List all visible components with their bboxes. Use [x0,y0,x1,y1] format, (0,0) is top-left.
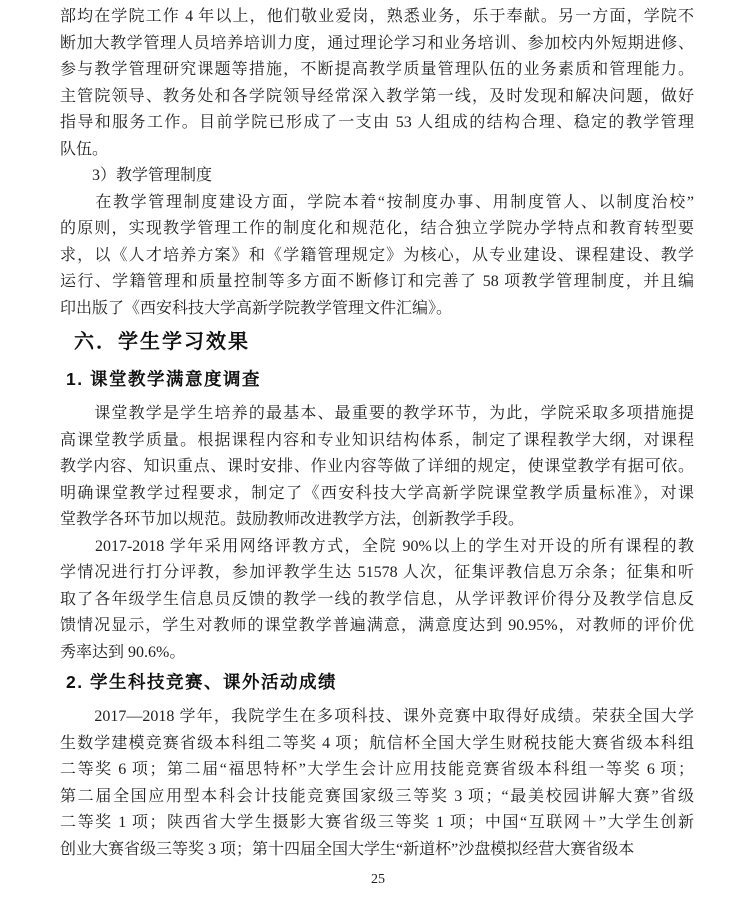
text-line: 在教学管理制度建设方面，学院本着“按制度办事、用制度管人、以制度治校” [60,190,694,217]
text-line: 断加大教学管理人员培养培训力度，通过理论学习和业务培训、参加校内外短期进修、 [60,31,694,58]
text-line: 队伍。 [60,137,694,164]
text-line: 课堂教学是学生培养的最基本、最重要的教学环节，为此，学院采取多项措施提 [60,401,694,428]
text-line: 二等奖 6 项；第二届“福思特杯”大学生会计应用技能竞赛省级本科组一等奖 6 项… [60,757,694,784]
section-heading: 六．学生学习效果 [60,328,694,356]
text-line: 指导和服务工作。目前学院已形成了一支由 53 人组成的结构合理、稳定的教学管理 [60,110,694,137]
document-page: 部均在学院工作 4 年以上，他们敬业爱岗，熟悉业务，乐于奉献。另一方面，学院不 … [0,0,756,898]
text-line: 的原则，实现教学管理工作的制度化和规范化，结合独立学院办学特点和教育转型要 [60,216,694,243]
text-line: 3）教学管理制度 [60,163,694,190]
text-line: 高课堂教学质量。根据课程内容和专业知识结构体系，制定了课程教学大纲，对课程 [60,428,694,455]
text-line: 求，以《人才培养方案》和《学籍管理规定》为核心，从专业建设、课程建设、教学 [60,243,694,270]
text-line: 堂教学各环节加以规范。鼓励教师改进教学方法，创新教学手段。 [60,507,694,534]
paragraph: 在教学管理制度建设方面，学院本着“按制度办事、用制度管人、以制度治校” 的原则，… [60,190,694,323]
text-line: 主管院领导、教务处和各学院领导经常深入教学第一线，及时发现和解决问题，做好 [60,84,694,111]
text-line: 生数学建模竞赛省级本科组二等奖 4 项；航信杯全国大学生财税技能大赛省级本科组 [60,731,694,758]
paragraph: 3）教学管理制度 [60,163,694,190]
text-line: 第二届全国应用型本科会计技能竞赛国家级三等奖 3 项；“最美校园讲解大赛”省级 [60,784,694,811]
subsection-heading: 1. 课堂教学满意度调查 [60,366,694,392]
text-line: 明确课堂教学过程要求，制定了《西安科技大学高新学院课堂教学质量标准》，对课 [60,481,694,508]
document-body: 部均在学院工作 4 年以上，他们敬业爱岗，熟悉业务，乐于奉献。另一方面，学院不 … [0,0,756,863]
text-line: 学情况进行打分评教，参加评教学生达 51578 人次，征集评教信息万余条；征集和… [60,560,694,587]
text-line: 教学内容、知识重点、课时安排、作业内容等做了详细的规定，使课堂教学有据可依。 [60,454,694,481]
text-line: 2017—2018 学年，我院学生在多项科技、课外竞赛中取得好成绩。荣获全国大学 [60,704,694,731]
paragraph: 部均在学院工作 4 年以上，他们敬业爱岗，熟悉业务，乐于奉献。另一方面，学院不 … [60,4,694,163]
page-number: 25 [0,872,756,888]
text-line: 二等奖 1 项；陕西省大学生摄影大赛省级三等奖 1 项；中国“互联网＋”大学生创… [60,810,694,837]
paragraph: 2017-2018 学年采用网络评教方式，全院 90%以上的学生对开设的所有课程… [60,534,694,667]
text-line: 秀率达到 90.6%。 [60,640,694,667]
text-line: 2017-2018 学年采用网络评教方式，全院 90%以上的学生对开设的所有课程… [60,534,694,561]
text-line: 参与教学管理研究课题等措施，不断提高教学质量管理队伍的业务素质和管理能力。 [60,57,694,84]
paragraph: 课堂教学是学生培养的最基本、最重要的教学环节，为此，学院采取多项措施提 高课堂教… [60,401,694,534]
text-line: 印出版了《西安科技大学高新学院教学管理文件汇编》。 [60,296,694,323]
text-line: 部均在学院工作 4 年以上，他们敬业爱岗，熟悉业务，乐于奉献。另一方面，学院不 [60,4,694,31]
text-line: 取了各年级学生信息员反馈的教学一线的教学信息，从学评教评价得分及教学信息反 [60,587,694,614]
paragraph: 2017—2018 学年，我院学生在多项科技、课外竞赛中取得好成绩。荣获全国大学… [60,704,694,863]
subsection-heading: 2. 学生科技竞赛、课外活动成绩 [60,669,694,695]
text-line: 馈情况显示，学生对教师的课堂教学普遍满意，满意度达到 90.95%，对教师的评价… [60,613,694,640]
text-line: 创业大赛省级三等奖 3 项；第十四届全国大学生“新道杯”沙盘模拟经营大赛省级本 [60,837,694,864]
text-line: 运行、学籍管理和质量控制等多方面不断修订和完善了 58 项教学管理制度，并且编 [60,269,694,296]
